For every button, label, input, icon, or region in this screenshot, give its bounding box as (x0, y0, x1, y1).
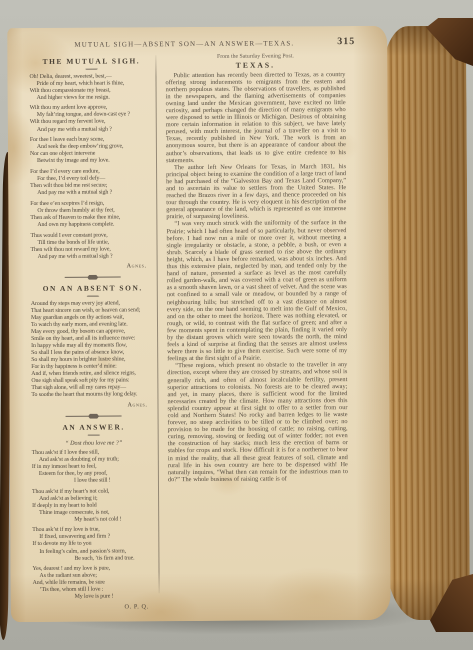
poem-line: To soothe the heart that mourns thy long… (31, 392, 155, 400)
poem-title-on-an-absent-son: ON AN ABSENT SON. (31, 284, 155, 294)
photo-of-open-book: { "page": { "running_header": "MUTUAL SI… (0, 0, 473, 650)
ornament-diamond (88, 414, 99, 419)
poem-stanza: Thus would I ever constant prove,Till ti… (30, 232, 154, 261)
section-divider-ornament (65, 274, 121, 281)
poem-title-an-answer: AN ANSWER. (32, 422, 156, 432)
poem-line: And pay me with a mutual sigh ? (30, 126, 154, 134)
poem-signature-opq: O. P. Q. (33, 603, 157, 611)
poem-line: And higher views for me resign. (30, 94, 154, 102)
poem-the-mutual-sigh: Oh! Delia, dearest, sweetest, best,—Prid… (29, 73, 154, 261)
poem-line: My love is pure ! (33, 594, 157, 602)
right-column: From the Saturday Evening Post. TEXAS. P… (165, 53, 348, 483)
title-rule (86, 295, 99, 297)
poem-line: And pay me with a mutual sigh ? (30, 189, 154, 197)
poem-an-answer: Thou ask’st if I love thee still,And ask… (32, 449, 157, 601)
article-paragraph: “I was very much struck with the uniform… (166, 220, 347, 363)
poem-stanza: Oh! Delia, dearest, sweetest, best,—Prid… (29, 73, 153, 102)
poem-line: Betwixt thy image and my love. (30, 158, 154, 166)
poem-stanza: Thou ask’st if my love is true,If fixed,… (32, 527, 156, 563)
book-page: MUTUAL SIGH—ABSENT SON—AN ANSWER—TEXAS. … (7, 26, 391, 622)
section-divider-ornament (66, 413, 122, 420)
article-paragraph: The author left New Orleans for Texas, i… (166, 163, 346, 221)
title-rule (87, 434, 100, 436)
poem-title-the-mutual-sigh: THE MUTUAL SIGH. (29, 56, 153, 66)
poem-on-an-absent-son: Around thy steps may every joy attend,Th… (31, 300, 156, 399)
running-header: MUTUAL SIGH—ABSENT SON—AN ANSWER—TEXAS. (29, 39, 339, 49)
poem-stanza: For thee I leave each busy scene,And see… (30, 136, 154, 165)
page-number: 315 (337, 36, 373, 47)
poem-stanza: Thou ask’st if I love thee still,And ask… (32, 449, 156, 485)
poem-stanza: Around thy steps may every joy attend,Th… (31, 300, 156, 399)
poem-stanza: For thee I’d every care endure,For thee,… (30, 168, 154, 197)
title-rule (85, 68, 98, 70)
poem-stanza: For thee e’en sceptres I’d resign,Or thr… (30, 200, 154, 229)
poem-stanza: Yes, dearest ! and my love is pure,As th… (32, 565, 156, 601)
book-fore-edge-pages (382, 26, 470, 621)
article-paragraph: Public attention has recently been direc… (165, 71, 346, 164)
poem-line: Be such, ’tis firm and true. (32, 555, 156, 563)
poem-line: I love thee still ! (32, 477, 156, 485)
poem-epigraph: “ Dost thou love me ?” (32, 439, 156, 448)
article-body: Public attention has recently been direc… (165, 71, 348, 484)
left-column: THE MUTUAL SIGH. Oh! Delia, dearest, swe… (29, 54, 156, 611)
poem-line: And own my happiness complete. (30, 221, 154, 229)
poem-signature-agnes: Agnes. (31, 263, 155, 271)
poem-line: And pay me with a mutual sigh ? (31, 253, 155, 261)
poem-signature-agnes: Agnes. (31, 401, 155, 409)
poem-stanza: Thou ask’st if my heart’s not cold,And a… (32, 488, 156, 524)
poem-line: My heart’s not cold ! (32, 516, 156, 524)
poem-stanza: Wilt thou my ardent love approve,My falt… (30, 105, 154, 134)
article-paragraph: “These regions, which present no obstacl… (167, 361, 348, 483)
article-title-texas: TEXAS. (165, 60, 345, 70)
ornament-diamond (87, 275, 98, 280)
